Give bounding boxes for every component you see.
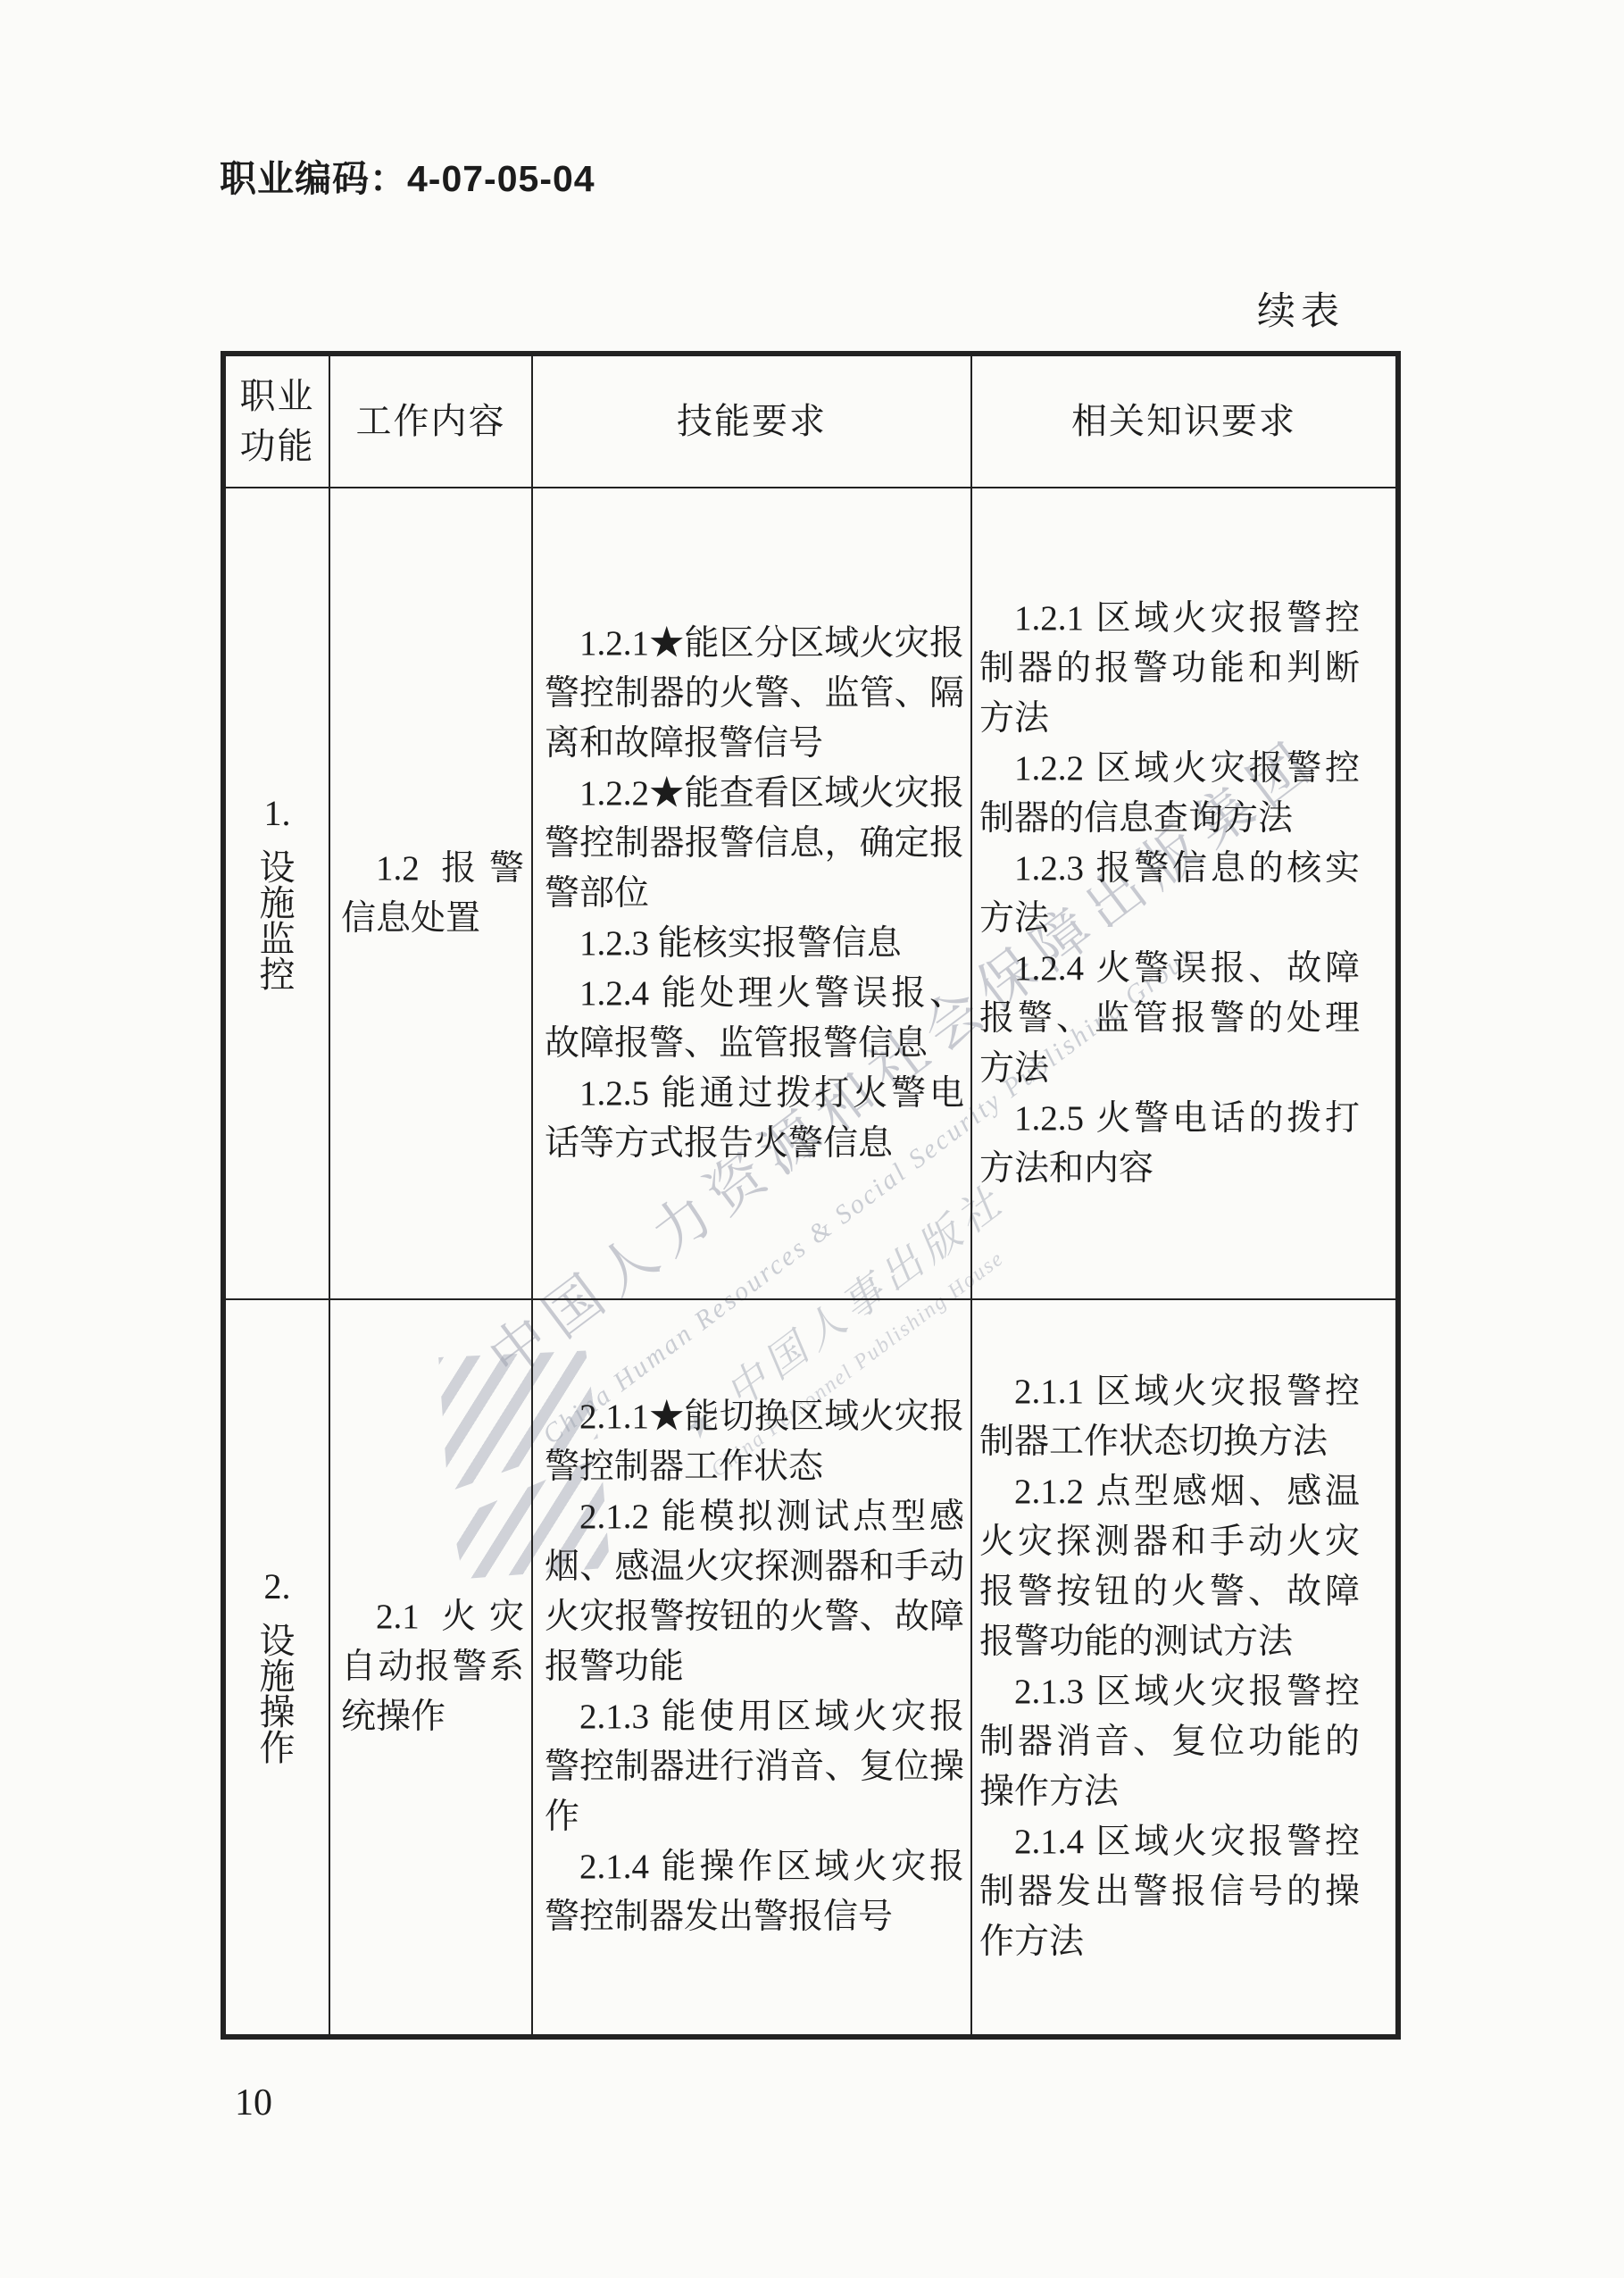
function-number: 2.: [227, 1568, 328, 1606]
page-number: 10: [235, 2084, 272, 2122]
knowledge-item: 1.2.4 火警误报、故障报警、监管报警的处理方法: [979, 944, 1360, 1094]
knowledge-item: 2.1.4 区域火灾报警控制器发出警报信号的操作方法: [979, 1817, 1360, 1967]
skill-item: 1.2.1★能区分区域火灾报警控制器的火警、监管、隔离和故障报警信号: [545, 619, 964, 769]
skill-item: 1.2.3 能核实报警信息: [545, 919, 964, 969]
function-cell: 2. 设施操作: [223, 1299, 329, 2037]
knowledge-item: 1.2.2 区域火灾报警控制器的信息查询方法: [979, 744, 1360, 844]
function-number: 1.: [227, 795, 328, 832]
knowledge-item: 1.2.3 报警信息的核实方法: [979, 844, 1360, 944]
knowledge-requirements-cell: 2.1.1 区域火灾报警控制器工作状态切换方法2.1.2 点型感烟、感温火灾探测…: [971, 1299, 1398, 2037]
skill-item: 1.2.5 能通过拨打火警电话等方式报告火警信息: [545, 1069, 964, 1169]
occupational-standard-table: 职业功能 工作内容 技能要求 相关知识要求 1. 设施监控 1.2 报警信息处置…: [221, 351, 1401, 2040]
skill-item: 1.2.4 能处理火警误报、故障报警、监管报警信息: [545, 969, 964, 1069]
col-header-function: 职业功能: [223, 354, 329, 488]
skill-item: 2.1.1★能切换区域火灾报警控制器工作状态: [545, 1392, 964, 1492]
knowledge-item: 2.1.2 点型感烟、感温火灾探测器和手动火灾报警按钮的火警、故障报警功能的测试…: [979, 1467, 1360, 1667]
knowledge-item: 1.2.5 火警电话的拨打方法和内容: [979, 1094, 1360, 1194]
work-content-cell: 2.1 火灾自动报警系统操作: [329, 1299, 532, 2037]
col-header-knowledge-requirements: 相关知识要求: [971, 354, 1398, 488]
function-name: 设施操作: [259, 1623, 296, 1766]
skill-item: 2.1.2 能模拟测试点型感烟、感温火灾探测器和手动火灾报警按钮的火警、故障报警…: [545, 1492, 964, 1692]
work-content: 2.1 火灾自动报警系统操作: [341, 1592, 524, 1742]
function-name: 设施监控: [259, 850, 296, 993]
function-cell: 1. 设施监控: [223, 488, 329, 1299]
table-row: 2. 设施操作 2.1 火灾自动报警系统操作 2.1.1★能切换区域火灾报警控制…: [223, 1299, 1398, 2037]
col-header-work-content: 工作内容: [329, 354, 532, 488]
skill-requirements-cell: 1.2.1★能区分区域火灾报警控制器的火警、监管、隔离和故障报警信号1.2.2★…: [532, 488, 971, 1299]
col-header-skill-requirements: 技能要求: [532, 354, 971, 488]
table-header-row: 职业功能 工作内容 技能要求 相关知识要求: [223, 354, 1398, 488]
knowledge-requirements-cell: 1.2.1 区域火灾报警控制器的报警功能和判断方法1.2.2 区域火灾报警控制器…: [971, 488, 1398, 1299]
table-row: 1. 设施监控 1.2 报警信息处置 1.2.1★能区分区域火灾报警控制器的火警…: [223, 488, 1398, 1299]
knowledge-item: 1.2.1 区域火灾报警控制器的报警功能和判断方法: [979, 594, 1360, 744]
knowledge-item: 2.1.1 区域火灾报警控制器工作状态切换方法: [979, 1367, 1360, 1467]
skill-item: 2.1.3 能使用区域火灾报警控制器进行消音、复位操作: [545, 1692, 964, 1842]
work-content: 1.2 报警信息处置: [341, 844, 524, 944]
work-content-cell: 1.2 报警信息处置: [329, 488, 532, 1299]
knowledge-item: 2.1.3 区域火灾报警控制器消音、复位功能的操作方法: [979, 1667, 1360, 1817]
skill-requirements-cell: 2.1.1★能切换区域火灾报警控制器工作状态2.1.2 能模拟测试点型感烟、感温…: [532, 1299, 971, 2037]
continued-table-label: 续表: [1257, 293, 1345, 331]
skill-item: 2.1.4 能操作区域火灾报警控制器发出警报信号: [545, 1842, 964, 1942]
skill-item: 1.2.2★能查看区域火灾报警控制器报警信息，确定报警部位: [545, 769, 964, 919]
occupation-code-header: 职业编码：4-07-05-04: [220, 161, 595, 197]
